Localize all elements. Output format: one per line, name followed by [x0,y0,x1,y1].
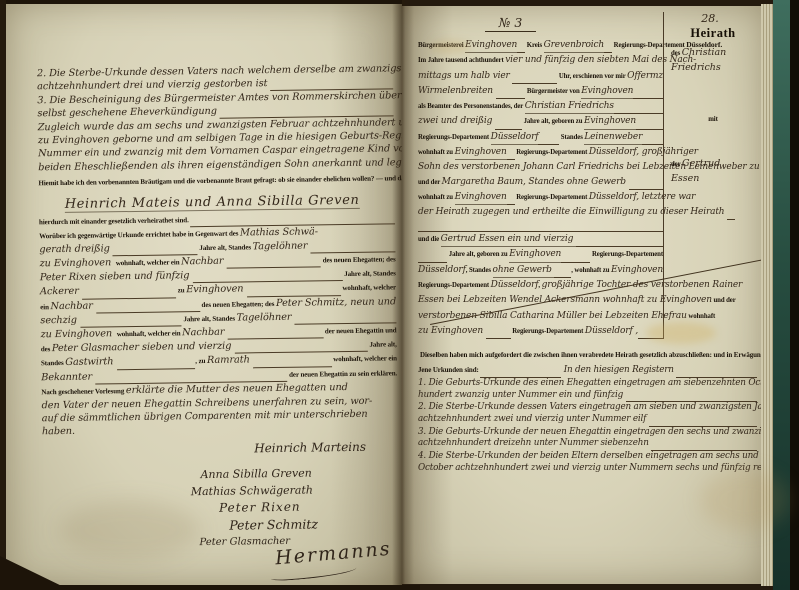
blank-rule [96,299,200,313]
handwritten-entry: ohne Gewerb [493,263,555,278]
document-line: achtzehnhundert zwei und vierzig unter N… [418,414,757,427]
printed-form-text: Worüber ich gegenwärtige Urkunde erricht… [39,227,240,243]
handwritten-entry: Essen [671,172,699,186]
printed-form-text: Jahre alt, Standes [342,268,395,282]
blank-rule [507,148,515,161]
document-line: mit [671,113,755,127]
photo-right-edge [790,0,799,590]
marriage-register-photo: 2. Die Sterbe-Urkunde dessen Vaters nach… [0,0,799,590]
blank-rule [626,390,757,403]
left-page-content: 2. Die Sterbe-Urkunde dessen Vaters nach… [6,3,402,584]
blank-rule [576,235,663,248]
blank-rule [418,250,447,263]
printed-form-text: Nach geschehener Vorlesung [41,385,126,399]
blank-rule [642,133,663,146]
handwritten-entry: Peter Schmitz, neun und [276,295,396,310]
handwritten-entry: Mathias Schwä- [240,225,318,239]
printed-form-text: und die [418,233,441,247]
document-line [418,220,663,233]
handwritten-entry: Evinghoven [455,190,507,205]
handwritten-entry: Gertrud Essen ein und vierzig [441,232,576,247]
signature-groom: Heinrich Marteins [254,438,398,457]
handwritten-entry: Tagelöhner [253,239,311,253]
document-line: achtzehnhundert dreizehn unter Nummer si… [418,438,757,451]
document-line: zwei und dreißig Jahre alt, geboren zu E… [418,114,663,129]
handwritten-entry: Evinghoven [584,114,636,129]
printed-form-text: mit [708,113,718,127]
blank-rule [116,356,195,370]
handwritten-entry: hundert zwanzig unter Nummer ein und fün… [418,390,626,402]
handwritten-entry: In den hiesigen Registern [561,365,676,377]
printed-form-text: Uhr, erschienen vor mir [557,70,627,84]
blank-rule [512,71,557,84]
printed-form-text: ein [40,301,50,314]
printed-form-text: wohnhaft, welcher ein [114,256,181,270]
handwritten-entry: mittags um halb vier [418,69,512,83]
document-line: mittags um halb vier Uhr, erschienen vor… [418,69,663,84]
handwritten-entry: achtzehnhundert zwei und vierzig unter N… [418,414,649,426]
blank-rule [561,250,590,263]
record-title: Heirath [671,26,755,41]
blank-rule [651,438,757,451]
form-main-column: № 3 Bürgermeisterei Evinghoven Kreis Gre… [418,12,663,339]
document-line: wohnhaft zu Evinghoven Regierungs-Depart… [418,145,663,160]
printed-form-text: , zu [195,355,207,368]
book-cover-edge [773,0,790,590]
blank-rule [636,117,663,130]
handwritten-entry: Peter Glasmacher sieben und vierzig [52,340,235,356]
printed-form-text: des neuen Ehegatten; des [321,253,396,267]
record-number-text: № 3 [485,15,537,32]
document-line: Im Jahre tausend achthundert vier und fü… [418,53,663,68]
handwritten-entry: Evinghoven [455,145,507,160]
handwritten-entry: Nachbar [50,299,96,313]
blank-rule [227,326,323,340]
handwritten-entry: Ackerer [40,285,82,299]
document-line: October achtzehnhundert zwei und vierzig… [418,463,757,475]
blank-rule [496,87,526,100]
record-number: № 3 [418,14,603,32]
handwritten-entry: Leinenweber [584,130,642,145]
margin-names: des ChristianFriedrichsmitder GertrudEss… [671,46,755,186]
handwritten-entry: haben. [42,425,75,438]
blank-rule [192,269,342,284]
handwritten-entry: gerath dreißig [39,242,113,256]
blank-rule [113,243,198,257]
printed-form-text: Regierungs-Departement [590,248,663,262]
page-stack-edge [761,4,773,586]
handwritten-entry: Evinghoven [611,263,663,277]
blank-rule [604,41,612,54]
blank-rule [614,102,663,115]
page-number: 28. [671,12,749,25]
blank-rule [486,327,511,340]
blank-rule [310,240,395,254]
couple-names: Heinrich Mateis und Anna Sibilla Greven [65,193,360,213]
couple-names-line: Heinrich Mateis und Anna Sibilla Greven [65,190,395,214]
document-line: Essen bei Lebzeiten Wendel Ackersmann wo… [418,293,663,308]
printed-form-text: wohnhaft zu [418,191,455,205]
blank-rule [80,314,182,328]
handwritten-entry: Grevenbroich [544,38,604,53]
handwritten-entry: October achtzehnhundert zwei und vierzig… [418,463,765,475]
printed-form-text: , Standes [466,264,493,278]
handwritten-entry: zu Evinghoven [40,327,115,341]
blank-rule [538,133,559,146]
document-line: Essen [671,172,755,186]
printed-form-text: wohnhaft zu [418,146,455,160]
handwritten-entry: Gertrud [682,157,720,171]
handwritten-entry: Düsseldorf [491,130,539,145]
document-line: 4. Die Sterbe-Urkunden der beiden Eltern… [418,451,757,463]
document-line: verstorbenen Sibilla Catharina Müller be… [418,309,663,324]
handwritten-entry: 2. Die Sterbe-Urkunde dessen Vaters eing… [418,402,765,414]
blank-rule [676,365,757,378]
blank-rule [629,177,663,190]
printed-form-text: Jene Urkunden sind: [418,365,480,377]
printed-form-text: Jahre alt, geboren zu [447,248,509,262]
handwritten-entry: sechzig [40,314,80,328]
documents-list: Jene Urkunden sind: In den hiesigen Regi… [418,365,757,474]
handwritten-entry: Düsseldorf , [585,324,638,338]
handwritten-entry: Nachbar [181,255,227,269]
blank-rule [480,365,561,378]
handwritten-entry: Düsseldorf [491,278,539,292]
right-page-content: № 3 Bürgermeisterei Evinghoven Kreis Gre… [402,6,765,474]
printed-form-text: wohnhaft, welcher [341,282,396,296]
margin-column: 28. Heirath des ChristianFriedrichsmitde… [663,12,757,339]
handwritten-entry: Christian [682,46,726,60]
document-line: der Heirath zugegen und ertheilte die Ei… [418,205,663,219]
document-line: Bürgermeisterei Evinghoven Kreis Grevenb… [418,38,663,53]
handwritten-entry: Evinghoven [465,38,517,53]
blank-rule [554,265,571,278]
handwritten-entry: achtzehnhundert dreizehn unter Nummer si… [418,438,651,450]
right-page: № 3 Bürgermeisterei Evinghoven Kreis Gre… [402,6,765,584]
document-line: der Gertrud [671,157,755,172]
document-line: wohnhaft zu Evinghoven Regierungs-Depart… [418,190,663,205]
document-line: Jahre alt, geboren zu Evinghoven Regieru… [418,247,663,262]
photo-top-edge [0,0,402,4]
printed-form-text: des [671,47,682,61]
handwritten-entry: Bekannter [41,370,95,384]
printed-form-text: wohnhaft, welcher ein [332,353,398,367]
signature-registrar: Hermanns [275,540,401,584]
blank-rule [226,255,321,269]
blank-rule [517,41,525,54]
announcement-paragraph: Dieselben haben mich aufgefordert die zw… [420,349,753,361]
document-line: Sohn des verstorbenen Johann Carl Friedr… [418,160,663,174]
handwritten-entry: 3. Die Geburts-Urkunde der neuen Ehegatt… [418,427,765,439]
document-line: 1. Die Geburts-Urkunde des einen Ehegatt… [418,378,757,390]
printed-form-text: Regierungs-Departement [511,325,585,339]
printed-form-text: Regierungs-Departement [515,146,589,160]
handwritten-entry: zwei und dreißig [418,114,495,128]
printed-form-text: der [671,158,682,172]
printed-form-text: des neuen Ehegatten; des [200,298,276,312]
handwritten-entry: zu Evinghoven [40,256,115,270]
printed-form-text: Kreis [525,39,543,53]
printed-form-text: als Beamter des Personenstandes, der [418,100,525,114]
handwritten-entry: 4. Die Sterbe-Urkunden der beiden Eltern… [418,451,765,463]
blank-rule [82,286,177,300]
document-line: hundert zwanzig unter Nummer ein und fün… [418,390,757,403]
left-page: 2. Die Sterbe-Urkunde dessen Vaters nach… [6,3,402,586]
blank-rule [507,193,515,206]
handwritten-entry: verstorbenen Sibilla Catharina Müller be… [418,309,687,323]
printed-form-text: der neuen Ehegattin zu sein erklären. [287,367,397,382]
handwritten-entry: Evinghoven [186,283,246,297]
blank-rule [418,220,663,233]
form-top-section: № 3 Bürgermeisterei Evinghoven Kreis Gre… [418,12,757,339]
printed-form-text: der neuen Ehegattin und [323,324,397,338]
document-line: 3. Die Geburts-Urkunde der neuen Ehegatt… [418,427,757,439]
blank-rule [638,327,663,340]
handwritten-entry: Düsseldorf [418,263,466,277]
handwritten-entry: Ramrath [207,354,253,368]
handwritten-entry: Friedrichs [671,61,721,75]
printed-form-text: Jahre alt, Standes [198,241,253,255]
blank-rule [649,414,757,427]
document-line: Wirmelenbreiten Bürgermeister von Evingh… [418,84,663,99]
document-line: 2. Die Sterbe-Urkunde dessen Vaters eing… [418,402,757,414]
printed-form-text: Bürgermeister von [525,85,581,99]
document-line: als Beamter des Personenstandes, der Chr… [418,99,663,114]
handwritten-entry: Margaretha Baum, Standes ohne Gewerb [442,175,629,189]
blank-rule [253,354,332,368]
printed-form-text: Regierungs-Departement [418,131,491,145]
printed-form-text: hierdurch mit einander gesetzlich verhei… [39,214,191,229]
printed-form-text: Standes [559,131,584,145]
handwritten-entry: zu Evinghoven [418,324,486,338]
handwritten-entry: Wirmelenbreiten [418,84,496,98]
printed-form-text: des [41,343,52,356]
handwritten-entry: Offermz [627,69,663,83]
document-line: Düsseldorf, Standes ohne Gewerb , wohnha… [418,263,663,278]
handwritten-entry: Christian Friedrichs [525,99,614,114]
document-line: Jene Urkunden sind: In den hiesigen Regi… [418,365,757,378]
declaration-question: Hiemit habe ich den vorbenannten Bräutig… [38,174,392,191]
blank-rule [633,87,663,100]
handwritten-entry: 1. Die Geburts-Urkunde des einen Ehegatt… [418,378,765,390]
witnesses-section: Worüber ich gegenwärtige Urkunde erricht… [39,224,397,385]
printed-form-text: wohnhaft, welcher ein [115,327,182,341]
handwritten-entry: Gastwirth [65,356,116,370]
document-line: und die Gertrud Essen ein und vierzig [418,232,663,247]
blank-rule [234,340,368,354]
printed-form-text: , wohnhaft zu [571,264,611,278]
printed-form-text: zu [176,285,186,298]
handwritten-entry: Nachbar [182,326,228,340]
printed-form-text: Dieselben haben mich aufgefordert die zw… [420,351,765,359]
printed-form-text: Bürgermeisterei [418,39,465,53]
handwritten-entry: Evinghoven [581,84,633,99]
document-line: Regierungs-Departement Düsseldorf Stande… [418,130,663,145]
document-line: und der Margaretha Baum, Standes ohne Ge… [418,175,663,190]
blank-rule [495,117,522,130]
printed-form-text: Regierungs-Departement [418,279,491,293]
marriage-form-lines: Bürgermeisterei Evinghoven Kreis Grevenb… [418,38,663,339]
printed-form-text: Jahre alt, geboren zu [522,115,584,129]
signature-block: Heinrich Marteins Anna Sibilla Greven Ma… [42,438,400,583]
photo-left-edge [0,0,6,590]
document-line: zu Evinghoven Regierungs-Departement Düs… [418,324,663,339]
handwritten-entry: Peter Rixen sieben und fünfzig [40,269,193,284]
document-items-list: 2. Die Sterbe-Urkunde dessen Vaters nach… [37,62,394,174]
document-line: des Christian [671,46,755,61]
printed-form-text: Jahre alt, Standes [182,312,237,326]
handwritten-entry: Evinghoven [509,247,561,262]
book-gutter-shadow [392,0,414,590]
handwritten-entry: Tagelöhner [237,311,295,325]
printed-form-text: und der [418,176,442,190]
closing-statement: Nach geschehener Vorlesung erklärte die … [41,380,398,438]
printed-form-text: Standes [41,357,65,371]
printed-form-text: Im Jahre tausend achthundert [418,54,505,68]
document-line: Friedrichs [671,61,755,75]
printed-form-text: Regierungs-Departement [515,191,589,205]
blank-rule [294,311,396,325]
